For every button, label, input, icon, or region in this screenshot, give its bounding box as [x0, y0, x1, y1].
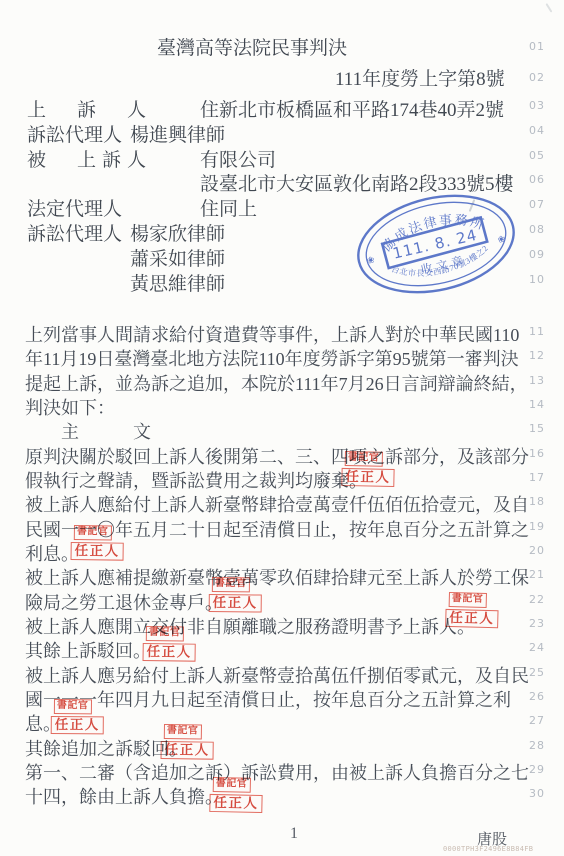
clerk-stamp-title: 書記官 — [164, 724, 202, 739]
line-number: 29 — [529, 763, 545, 776]
judgment-text-line: 提起上訴，並為訴之追加，本院於111年7月26日言詞辯論終結， — [25, 370, 528, 396]
judgment-text-line: 原判決關於駁回上訴人後開第二、三、四項之訴部分，及該部分 — [25, 443, 529, 469]
clerk-stamp-title: 書記官 — [449, 592, 487, 607]
judgment-text-line: 被上訴人應另給付上訴人新臺幣壹拾萬伍仟捌佰零貳元，及自民 — [25, 662, 529, 688]
line-number: 19 — [529, 520, 545, 533]
court-judgment-scan: 臺灣高等法院民事判決 01 111年度勞上字第8號 02 協成法律事務所 111… — [0, 0, 564, 856]
clerk-stamp-name: 任正人 — [341, 468, 394, 487]
clerk-stamp-title: 書記官 — [345, 451, 383, 466]
judgment-text-line: 上列當事人間請求給付資遣費等事件，上訴人對於中華民國110 — [25, 321, 519, 347]
line-number: 20 — [529, 544, 545, 557]
line-number: 13 — [529, 374, 545, 387]
line-number: 21 — [529, 568, 545, 581]
judgment-text-line: 判決如下： — [25, 394, 115, 420]
line-number: 23 — [529, 617, 545, 630]
party-label: 訴訟代理人 — [27, 120, 122, 147]
party-value: 黃思維律師 — [130, 269, 225, 296]
party-label: 上 訴 人 — [27, 95, 152, 122]
clerk-stamp-title: 書記官 — [146, 626, 184, 641]
document-title: 臺灣高等法院民事判決 — [157, 33, 347, 60]
party-value: 住新北市板橋區和平路174巷40弄2號 — [200, 95, 504, 122]
party-label: 訴訟代理人 — [27, 219, 122, 246]
line-number: 10 — [529, 273, 545, 286]
line-number: 04 — [529, 124, 545, 137]
judgment-text-line: 主 文 — [25, 418, 151, 444]
judgment-text-line: 年11月19日臺灣臺北地方法院110年度勞訴字第95號第一審判決 — [25, 345, 519, 371]
line-number: 05 — [529, 149, 545, 162]
line-number: 30 — [529, 787, 545, 800]
judgment-text-line: 被上訴人應給付上訴人新臺幣肆拾壹萬壹仟伍佰伍拾壹元，及自 — [25, 491, 529, 517]
line-number: 14 — [529, 398, 545, 411]
judgment-text-line: 險局之勞工退休金專戶。 — [25, 589, 223, 615]
line-number: 11 — [529, 325, 545, 338]
judgment-text-line: 國一一一年四月九日起至清償日止，按年息百分之五計算之利 — [25, 686, 511, 712]
line-number: 03 — [529, 99, 545, 112]
line-number: 27 — [529, 714, 545, 727]
judgment-text-line: 被上訴人應開立交付非自願離職之服務證明書予上訴人。 — [25, 613, 475, 639]
clerk-stamp-name: 任正人 — [71, 542, 124, 561]
line-number: 17 — [529, 471, 545, 484]
party-label: 被 上訴人 — [27, 145, 152, 172]
party-value: 蕭采如律師 — [130, 244, 225, 271]
clerk-stamp-title: 書記官 — [212, 577, 250, 592]
party-value: 有限公司 — [200, 145, 276, 172]
line-number: 02 — [529, 71, 545, 84]
judgment-text-line: 其餘上訴駁回。 — [25, 637, 151, 663]
line-number: 26 — [529, 690, 545, 703]
line-number: 16 — [529, 447, 545, 460]
judgment-text-line: 假執行之聲請，暨訴訟費用之裁判均廢棄。 — [25, 467, 367, 493]
clerk-stamp-name: 任正人 — [445, 609, 498, 629]
line-number: 06 — [529, 173, 545, 186]
judgment-text-line: 被上訴人應補提繳新臺幣壹萬零玖佰肆拾肆元至上訴人於勞工保 — [25, 564, 529, 590]
line-number: 18 — [529, 495, 545, 508]
clerk-stamp-name: 任正人 — [209, 794, 262, 813]
line-number: 09 — [529, 248, 545, 261]
clerk-stamp-title: 書記官 — [213, 777, 251, 792]
judgment-text-line: 十四，餘由上訴人負擔。 — [25, 783, 223, 809]
stamp-flower-icon: ❀ — [497, 233, 507, 245]
line-number: 08 — [529, 223, 545, 236]
party-value: 楊進興律師 — [130, 120, 225, 147]
line-number: 12 — [529, 349, 545, 362]
clerk-stamp-name: 任正人 — [143, 643, 196, 662]
page-number: 1 — [290, 825, 298, 843]
clerk-stamp-name: 任正人 — [51, 716, 104, 735]
clerk-stamp-name: 任正人 — [209, 594, 262, 613]
document-code: 0000TPH3F2496E8B84FB — [443, 845, 533, 853]
party-label: 法定代理人 — [27, 194, 122, 221]
judgment-text-line: 第一、二審（含追加之訴）訴訟費用，由被上訴人負擔百分之七 — [25, 759, 529, 785]
party-value: 楊家欣律師 — [130, 219, 225, 246]
line-number: 24 — [529, 641, 545, 654]
line-number: 28 — [529, 739, 545, 752]
line-number: 01 — [529, 40, 545, 53]
pen-mark — [545, 3, 552, 12]
case-number: 111年度勞上字第8號 — [335, 64, 505, 91]
line-number: 25 — [529, 666, 545, 679]
stamp-flower-icon: ❀ — [366, 254, 376, 266]
party-value: 住同上 — [200, 194, 257, 221]
clerk-stamp-title: 書記官 — [74, 525, 112, 540]
line-number: 22 — [529, 593, 545, 606]
line-number: 07 — [529, 198, 545, 211]
line-number: 15 — [529, 422, 545, 435]
clerk-stamp-name: 任正人 — [161, 741, 214, 760]
clerk-stamp-title: 書記官 — [54, 699, 92, 714]
